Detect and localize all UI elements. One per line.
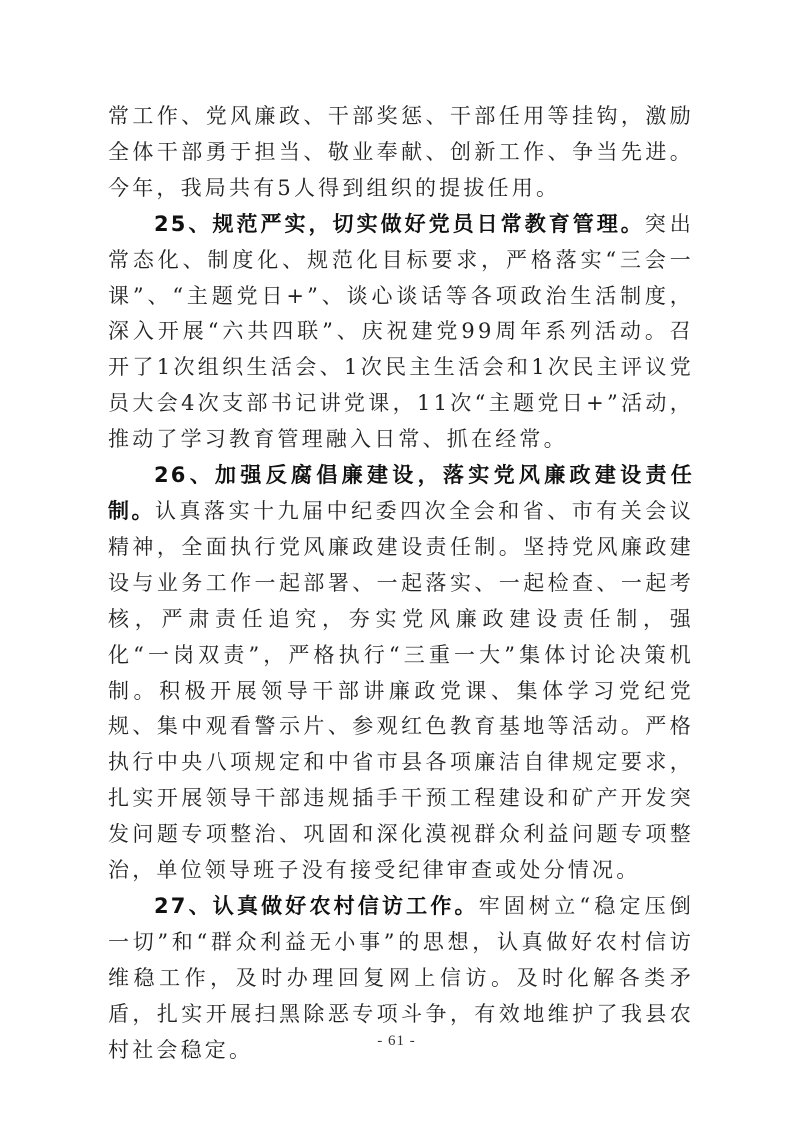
paragraph-heading: 27、认真做好农村信访工作。 <box>154 894 479 918</box>
paragraph-heading: 25、规范严实，切实做好党员日常教育管理。 <box>154 212 645 236</box>
paragraph-continuation: 常工作、党风廉政、干部奖惩、干部任用等挂钩，激励全体干部勇于担当、敬业奉献、创新… <box>108 99 694 207</box>
paragraph-body: 突出常态化、制度化、规范化目标要求，严格落实“三会一课”、“主题党日+”、谈心谈… <box>108 212 694 451</box>
paragraph-body: 常工作、党风廉政、干部奖惩、干部任用等挂钩，激励全体干部勇于担当、敬业奉献、创新… <box>108 104 694 200</box>
paragraph-body: 认真落实十九届中纪委四次全会和省、市有关会议精神，全面执行党风廉政建设责任制。坚… <box>108 499 694 882</box>
document-page: 常工作、党风廉政、干部奖惩、干部任用等挂钩，激励全体干部勇于担当、敬业奉献、创新… <box>108 99 694 1068</box>
paragraph-item-26: 26、加强反腐倡廉建设，落实党风廉政建设责任制。认真落实十九届中纪委四次全会和省… <box>108 458 694 889</box>
page-number: - 61 - <box>0 1033 793 1050</box>
paragraph-item-25: 25、规范严实，切实做好党员日常教育管理。突出常态化、制度化、规范化目标要求，严… <box>108 207 694 458</box>
